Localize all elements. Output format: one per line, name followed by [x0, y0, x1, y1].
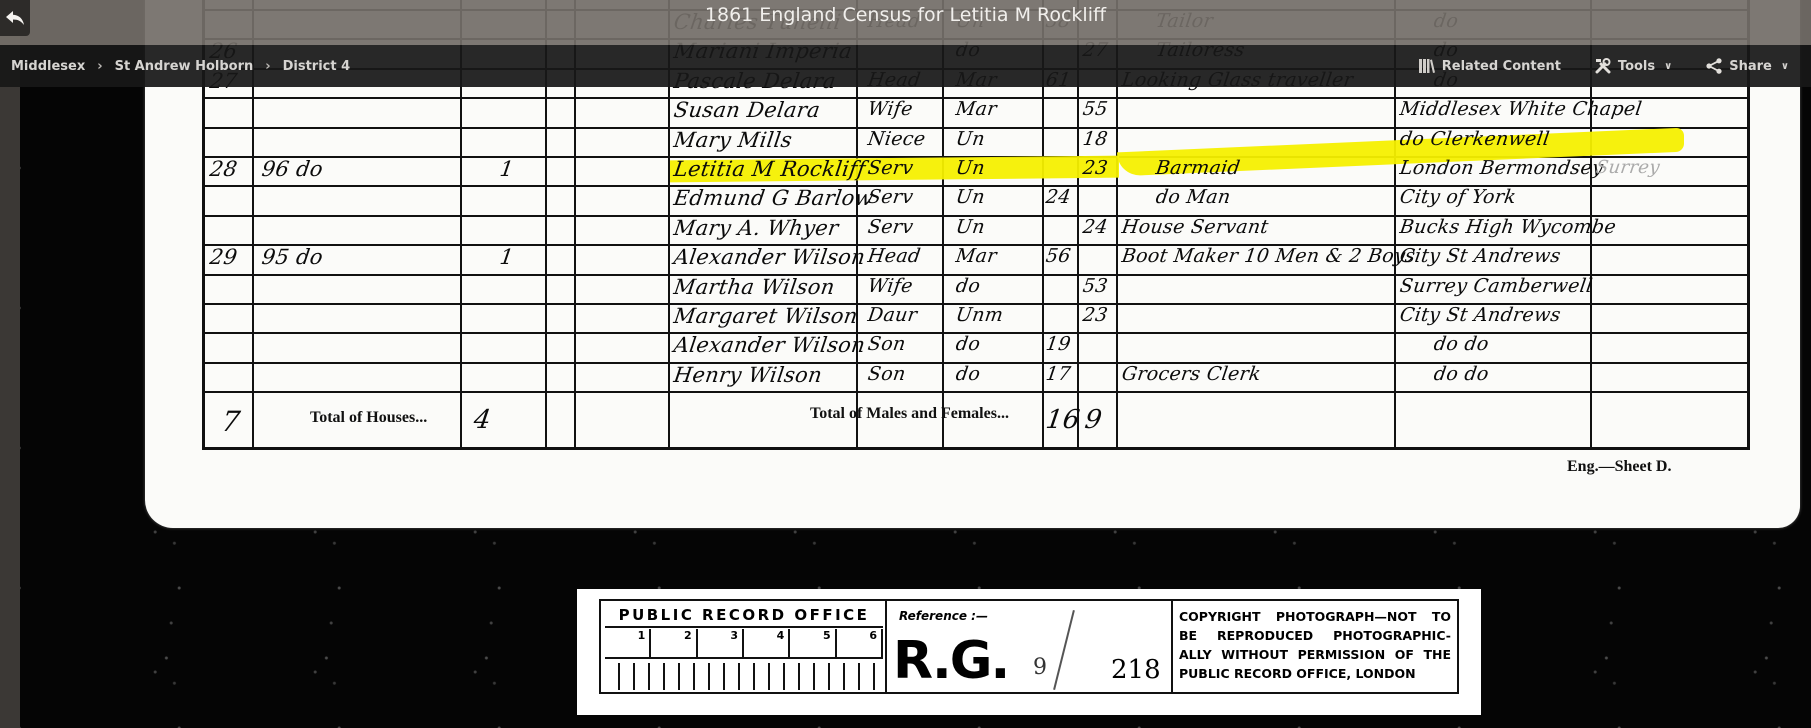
table-bottom-rule [202, 447, 1750, 450]
reference-label: Reference :— [899, 609, 988, 623]
breadcrumb-county[interactable]: Middlesex [11, 59, 85, 74]
birthplace: do Clerkenwell [1398, 128, 1551, 150]
occupation: House Servant [1120, 216, 1270, 238]
age-male: 19 [1044, 333, 1072, 355]
condition: Unm [954, 304, 1004, 326]
relation: Serv [866, 216, 914, 238]
reference-folio: 218 [1111, 655, 1161, 685]
age-female: 24 [1081, 216, 1109, 238]
breadcrumb-district[interactable]: District 4 [283, 59, 351, 74]
age-female: 23 [1081, 304, 1109, 326]
total-persons-label: Total of Males and Females... [810, 405, 1009, 423]
total-houses-label: Total of Houses... [310, 409, 427, 427]
relation: Niece [866, 128, 926, 150]
office-title: PUBLIC RECORD OFFICE [605, 604, 883, 628]
schedule-number: 28 [208, 157, 239, 181]
total-schedules: 7 [220, 405, 243, 438]
birthplace: do do [1432, 333, 1490, 355]
birthplace: London Bermondsey [1398, 157, 1604, 179]
margin-note: Surrey [1595, 157, 1662, 178]
relation: Son [866, 363, 907, 385]
related-content-label: Related Content [1442, 59, 1561, 74]
person-name: Alexander Wilson [672, 245, 867, 269]
house-address: 96 do [260, 157, 324, 181]
person-name: Mary Mills [672, 128, 793, 152]
share-menu-button[interactable]: Share ∨ [1706, 58, 1789, 74]
copyright-notice: COPYRIGHT PHOTOGRAPH—NOT TO BE REPRODUCE… [1171, 601, 1457, 692]
condition: do [954, 363, 981, 385]
relation: Head [866, 245, 922, 267]
condition: Un [954, 216, 986, 238]
ruler-number: 5 [790, 629, 836, 657]
birthplace: City St Andrews [1398, 304, 1562, 326]
person-name: Martha Wilson [672, 275, 836, 299]
ruler-number: 1 [605, 629, 651, 657]
page-title: 1861 England Census for Letitia M Rockli… [0, 4, 1811, 26]
breadcrumb: Middlesex › St Andrew Holborn › District… [11, 45, 350, 87]
reference-card: PUBLIC RECORD OFFICE 123456 Reference :—… [577, 589, 1481, 715]
person-name: Susan Delara [672, 98, 821, 122]
birthplace: City of York [1398, 186, 1517, 208]
ruler-number: 3 [698, 629, 744, 657]
total-females: 9 [1083, 405, 1104, 435]
occupation: Grocers Clerk [1120, 363, 1262, 385]
ruler-ticks [605, 663, 883, 690]
birthplace: Surrey Camberwell [1398, 275, 1594, 297]
age-male: 56 [1044, 245, 1072, 267]
condition: Un [954, 157, 986, 179]
breadcrumb-separator: › [265, 59, 270, 74]
ruler-number: 6 [837, 629, 883, 657]
birthplace: Middlesex White Chapel [1398, 98, 1643, 120]
tools-menu-button[interactable]: Tools ∨ [1595, 58, 1672, 74]
ruler-number: 2 [651, 629, 697, 657]
condition: Un [954, 128, 986, 150]
birthplace: City St Andrews [1398, 245, 1562, 267]
reference-slash [1053, 610, 1075, 690]
share-label: Share [1729, 59, 1772, 74]
share-icon [1706, 58, 1722, 74]
condition: Un [954, 186, 986, 208]
condition: Mar [954, 245, 998, 267]
ruler-numbers: 123456 [605, 629, 883, 659]
total-males: 16 [1044, 405, 1082, 435]
person-name: Henry Wilson [672, 363, 823, 387]
related-content-button[interactable]: Related Content [1419, 59, 1561, 74]
occupation: Boot Maker 10 Men & 2 Boys [1120, 245, 1416, 267]
sheet-label: Eng.—Sheet D. [1567, 458, 1671, 476]
relation: Serv [866, 157, 914, 179]
ruler-number: 4 [744, 629, 790, 657]
age-male: 24 [1044, 186, 1072, 208]
age-female: 18 [1081, 128, 1109, 150]
age-male: 17 [1044, 363, 1072, 385]
person-name: Alexander Wilson [672, 333, 867, 357]
person-name: Edmund G Barlow [672, 186, 875, 210]
total-houses: 4 [472, 405, 493, 435]
person-name: Mary A. Whyer [672, 216, 840, 240]
relation: Serv [866, 186, 914, 208]
relation: Wife [866, 275, 914, 297]
age-female: 23 [1081, 157, 1109, 179]
schedule-number: 29 [208, 245, 239, 269]
condition: do [954, 275, 981, 297]
age-female: 53 [1081, 275, 1109, 297]
reference-series: R.G. [893, 631, 1008, 691]
breadcrumb-separator: › [97, 59, 102, 74]
inhabited-count: 1 [498, 157, 515, 181]
person-name: Letitia M Rockliff [672, 157, 867, 181]
chevron-down-icon: ∨ [1781, 61, 1789, 72]
wrench-screwdriver-icon [1595, 58, 1611, 74]
condition: do [954, 333, 981, 355]
books-icon [1419, 59, 1435, 73]
occupation: Barmaid [1154, 157, 1241, 179]
person-name: Margaret Wilson [672, 304, 859, 328]
title-bar: 1861 England Census for Letitia M Rockli… [0, 0, 1811, 45]
tools-label: Tools [1618, 59, 1655, 74]
viewer-toolbar: Middlesex › St Andrew Holborn › District… [0, 45, 1811, 87]
relation: Son [866, 333, 907, 355]
condition: Mar [954, 98, 998, 120]
age-female: 55 [1081, 98, 1109, 120]
inhabited-count: 1 [498, 245, 515, 269]
reference-piece: 9 [1033, 655, 1047, 680]
occupation: do Man [1154, 186, 1232, 208]
viewer-left-edge [0, 0, 20, 728]
birthplace: do do [1432, 363, 1490, 385]
chevron-down-icon: ∨ [1664, 61, 1672, 72]
image-viewer[interactable]: Charles TunelliHeadUn38Tailordo26Mariani… [0, 0, 1811, 728]
house-address: 95 do [260, 245, 324, 269]
relation: Daur [866, 304, 918, 326]
relation: Wife [866, 98, 914, 120]
breadcrumb-parish[interactable]: St Andrew Holborn [115, 59, 254, 74]
birthplace: Bucks High Wycombe [1398, 216, 1617, 238]
row-rule [202, 391, 1747, 393]
